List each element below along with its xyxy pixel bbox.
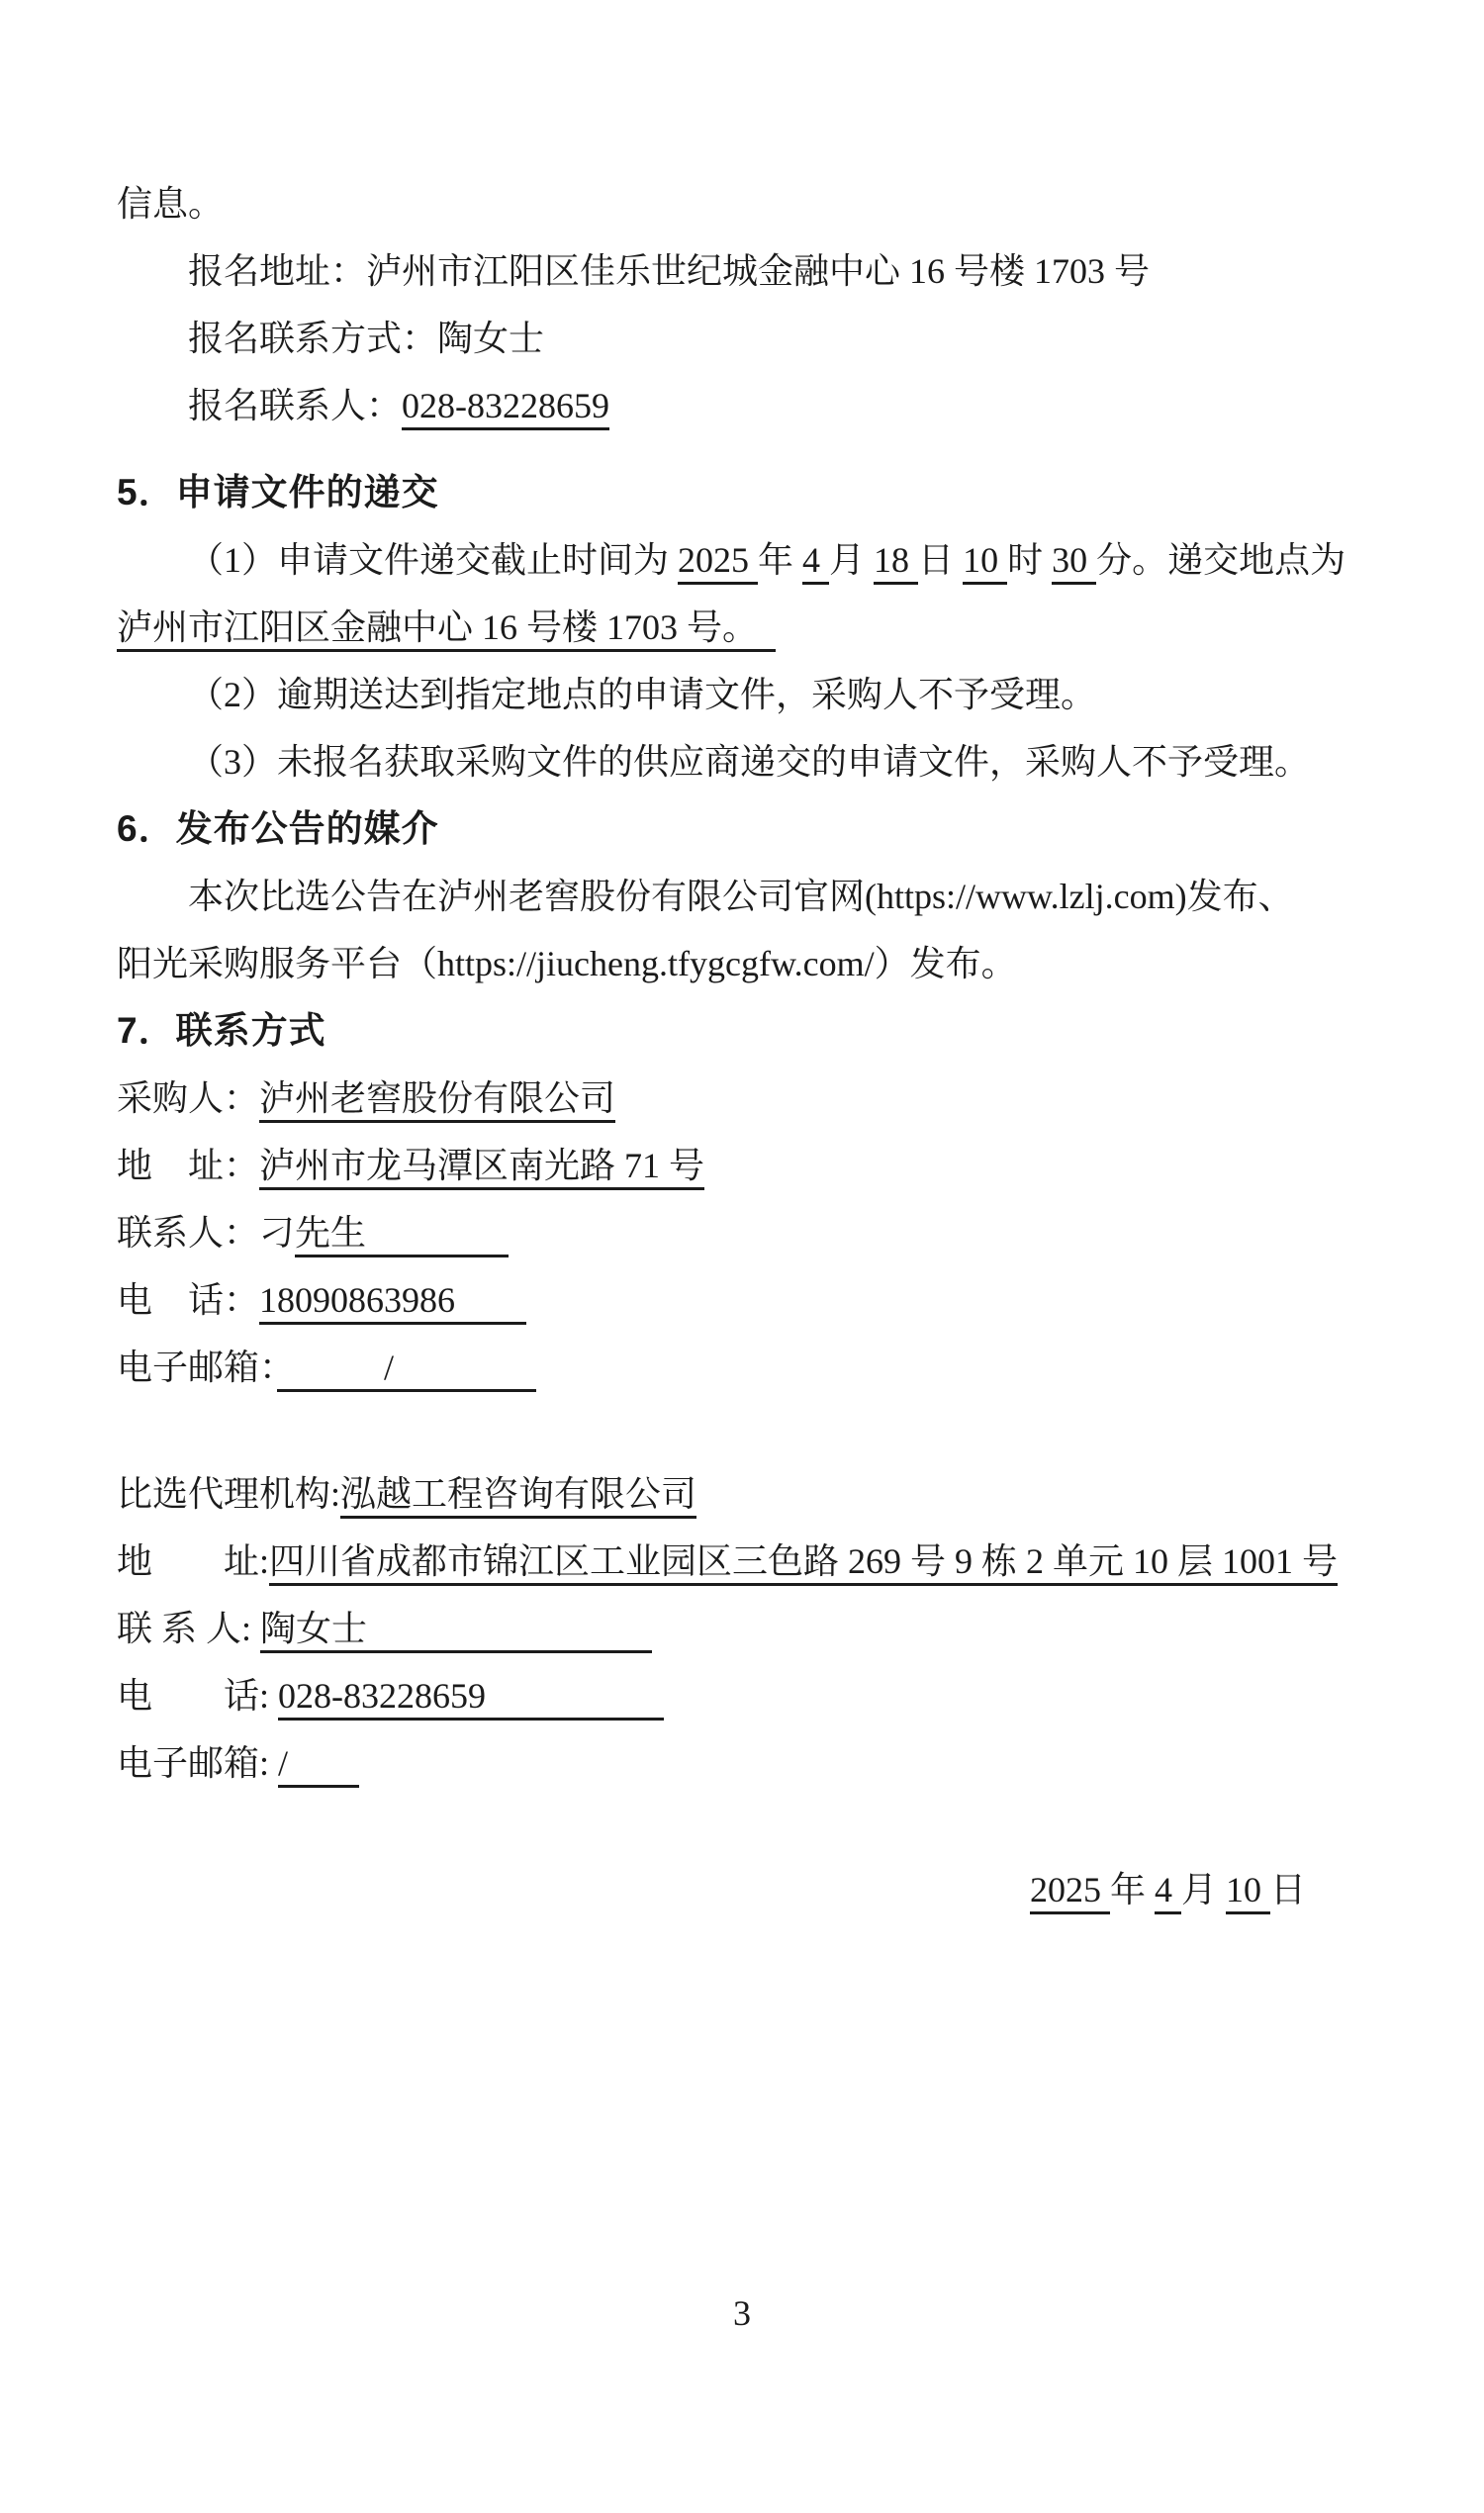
announcement-media-line2: 阳光采购服务平台（https://jiucheng.tfygcgfw.com/）… bbox=[117, 930, 1367, 997]
purchaser-phone-line: 电 话：18090863986 bbox=[117, 1266, 1367, 1334]
date-line: 2025 年 4 月 10 日 bbox=[117, 1856, 1367, 1923]
purchaser-address-line: 地 址：泸州市龙马潭区南光路 71 号 bbox=[117, 1132, 1367, 1199]
text-segment: 年 bbox=[1110, 1870, 1155, 1909]
section7-heading: 7．联系方式 bbox=[117, 997, 1367, 1065]
deadline-line: （1）申请文件递交截止时间为 2025 年 4 月 18 日 10 时 30 分… bbox=[117, 526, 1367, 594]
document-page: 信息。报名地址：泸州市江阳区佳乐世纪城金融中心 16 号楼 1703 号报名联系… bbox=[0, 0, 1484, 2513]
agency-line: 比选代理机构:泓越工程咨询有限公司 bbox=[117, 1460, 1367, 1528]
text-segment: （3）未报名获取采购文件的供应商递交的申请文件，采购人不予受理。 bbox=[188, 742, 1310, 782]
announcement-media-line1: 本次比选公告在泸州老窖股份有限公司官网(https://www.lzlj.com… bbox=[117, 863, 1367, 930]
text-segment: 7．联系方式 bbox=[117, 1010, 326, 1051]
document-content: 信息。报名地址：泸州市江阳区佳乐世纪城金融中心 16 号楼 1703 号报名联系… bbox=[117, 170, 1367, 1923]
text-segment: 日 bbox=[1270, 1870, 1306, 1909]
underlined-field: 30 bbox=[1052, 540, 1096, 585]
text-segment: 联 系 人: bbox=[117, 1609, 260, 1648]
underlined-field: 四川省成都市锦江区工业园区三色路 269 号 9 栋 2 单元 10 层 100… bbox=[269, 1541, 1338, 1586]
agency-email-line: 电子邮箱: / bbox=[117, 1729, 1367, 1797]
purchaser-line: 采购人：泸州老窖股份有限公司 bbox=[117, 1065, 1367, 1132]
text-segment: （2）逾期送达到指定地点的申请文件，采购人不予受理。 bbox=[188, 675, 1096, 714]
agency-contact-line: 联 系 人: 陶女士 bbox=[117, 1595, 1367, 1662]
purchaser-email-line: 电子邮箱： / bbox=[117, 1334, 1367, 1401]
underlined-field: 泓越工程咨询有限公司 bbox=[340, 1474, 696, 1519]
unregistered-supplier-line: （3）未报名获取采购文件的供应商递交的申请文件，采购人不予受理。 bbox=[117, 728, 1367, 795]
underlined-field: 028-83228659 bbox=[278, 1676, 664, 1721]
underlined-field: 4 bbox=[802, 540, 829, 585]
underlined-field: 10 bbox=[963, 540, 1007, 585]
underlined-field: / bbox=[277, 1348, 536, 1392]
underlined-field: 2025 bbox=[678, 540, 758, 585]
underlined-field: 2025 bbox=[1030, 1870, 1110, 1914]
text-segment: 比选代理机构: bbox=[117, 1474, 340, 1514]
text-segment: 分。递交地点为 bbox=[1096, 540, 1345, 580]
underlined-field: 10 bbox=[1226, 1870, 1270, 1914]
text-segment: 报名联系人： bbox=[188, 386, 402, 425]
text-segment: 阳光采购服务平台（https://jiucheng.tfygcgfw.com/）… bbox=[117, 944, 1017, 983]
underlined-field: 泸州市江阳区金融中心 16 号楼 1703 号。 bbox=[117, 607, 776, 652]
text-segment: 地 址： bbox=[117, 1146, 259, 1185]
text-segment: 电子邮箱： bbox=[117, 1348, 277, 1387]
signup-address-line: 报名地址：泸州市江阳区佳乐世纪城金融中心 16 号楼 1703 号 bbox=[117, 237, 1367, 305]
section6-heading: 6．发布公告的媒介 bbox=[117, 795, 1367, 863]
submission-address-line: 泸州市江阳区金融中心 16 号楼 1703 号。 bbox=[117, 594, 1367, 661]
text-segment: 月 bbox=[1181, 1870, 1226, 1909]
text-segment: 时 bbox=[1007, 540, 1052, 580]
underlined-field: 4 bbox=[1155, 1870, 1181, 1914]
signup-phone-line: 报名联系人：028-83228659 bbox=[117, 372, 1367, 439]
text-segment: （1）申请文件递交截止时间为 bbox=[188, 540, 678, 580]
text-segment: 年 bbox=[758, 540, 802, 580]
text-segment: 地 址: bbox=[117, 1541, 269, 1581]
underlined-field: 18 bbox=[874, 540, 918, 585]
text-segment: 电子邮箱: bbox=[117, 1743, 278, 1783]
agency-phone-line: 电 话: 028-83228659 bbox=[117, 1662, 1367, 1729]
text-segment: 信息。 bbox=[117, 184, 224, 224]
text-segment: 5．申请文件的递交 bbox=[117, 472, 439, 512]
text-segment: 电 话： bbox=[117, 1280, 259, 1320]
signup-contact-line: 报名联系方式：陶女士 bbox=[117, 305, 1367, 372]
text-segment: 电 话: bbox=[117, 1676, 278, 1716]
underlined-field: 泸州老窖股份有限公司 bbox=[259, 1078, 615, 1123]
text-segment: 报名联系方式：陶女士 bbox=[188, 319, 544, 358]
text-segment: 6．发布公告的媒介 bbox=[117, 808, 439, 849]
agency-address-line: 地 址:四川省成都市锦江区工业园区三色路 269 号 9 栋 2 单元 10 层… bbox=[117, 1528, 1367, 1595]
text-segment: 联系人：刁 bbox=[117, 1213, 295, 1253]
text-segment: 本次比选公告在泸州老窖股份有限公司官网(https://www.lzlj.com… bbox=[188, 877, 1294, 916]
paragraph-tail-line: 信息。 bbox=[117, 170, 1367, 237]
underlined-field: 陶女士 bbox=[260, 1609, 652, 1653]
text-segment: 报名地址：泸州市江阳区佳乐世纪城金融中心 16 号楼 1703 号 bbox=[188, 251, 1150, 291]
underlined-field: 先生 bbox=[295, 1213, 509, 1257]
text-segment: 日 bbox=[918, 540, 963, 580]
late-submission-line: （2）逾期送达到指定地点的申请文件，采购人不予受理。 bbox=[117, 661, 1367, 728]
text-segment: 月 bbox=[829, 540, 874, 580]
section5-heading: 5．申请文件的递交 bbox=[117, 459, 1367, 526]
purchaser-contact-line: 联系人：刁先生 bbox=[117, 1199, 1367, 1266]
underlined-field: / bbox=[278, 1743, 359, 1788]
underlined-field: 泸州市龙马潭区南光路 71 号 bbox=[259, 1146, 704, 1190]
underlined-field: 028-83228659 bbox=[402, 386, 609, 430]
page-number: 3 bbox=[0, 2291, 1484, 2335]
underlined-field: 18090863986 bbox=[259, 1280, 526, 1325]
text-segment: 采购人： bbox=[117, 1078, 259, 1118]
